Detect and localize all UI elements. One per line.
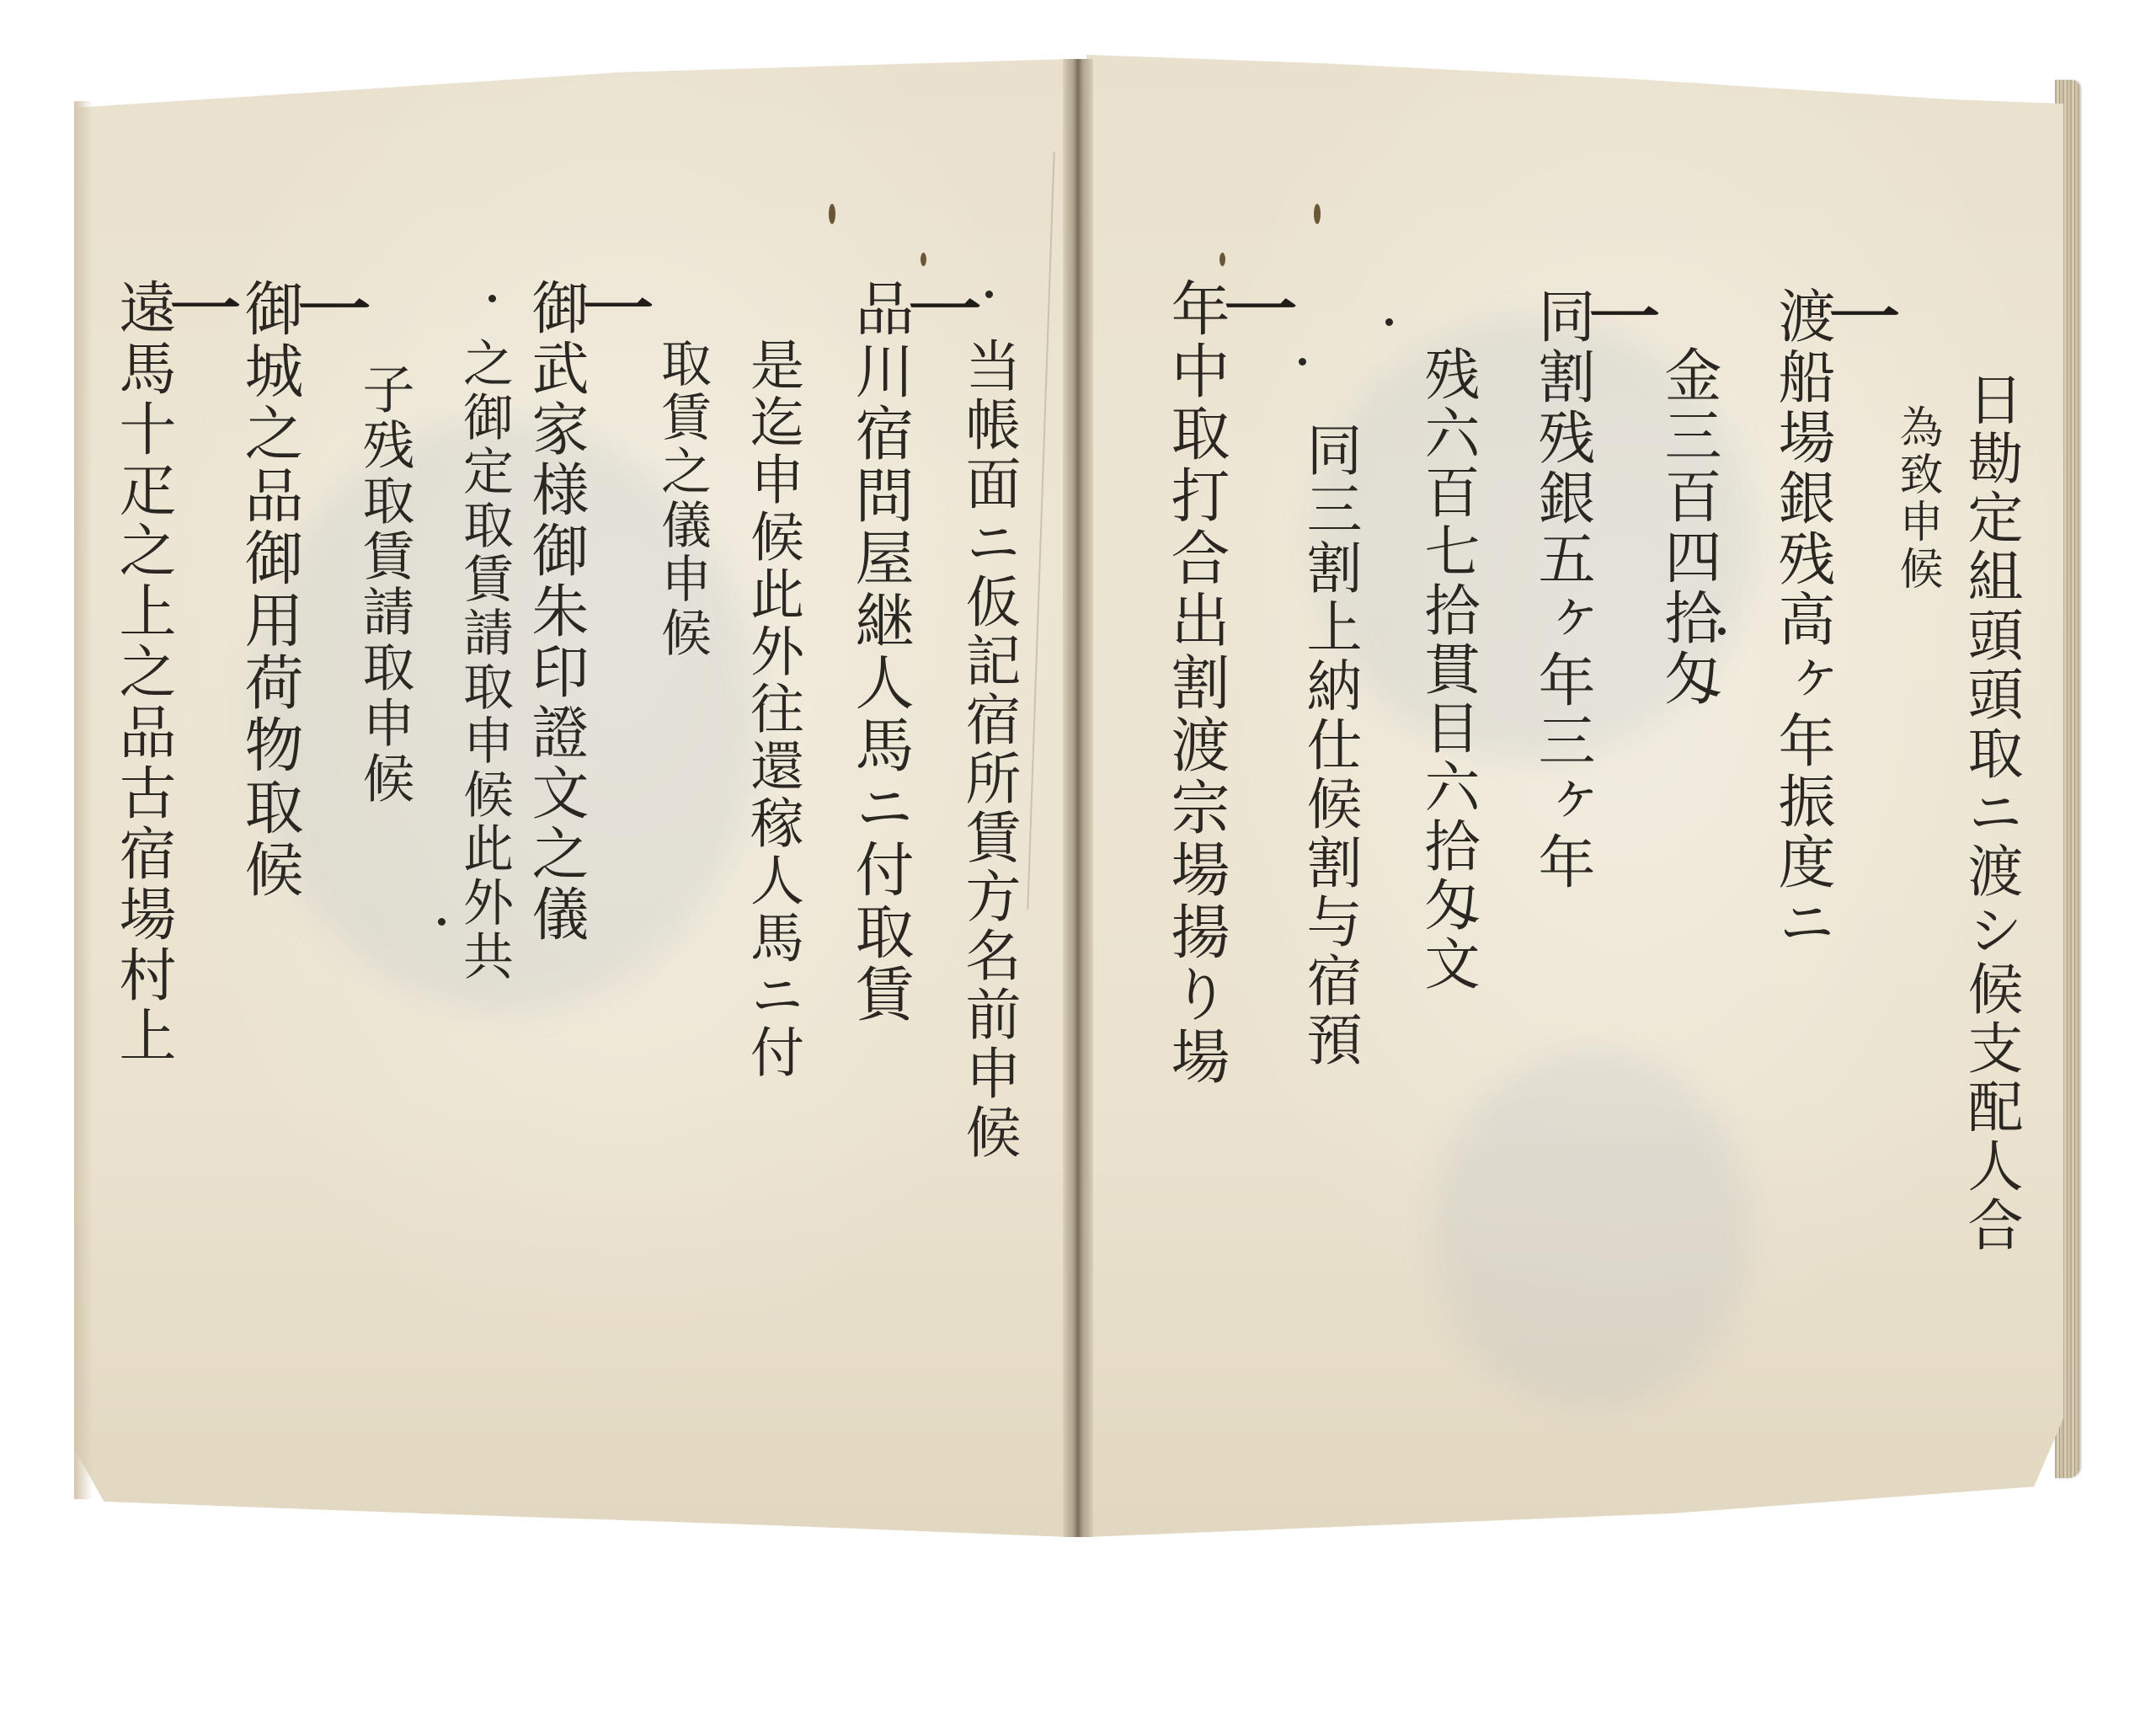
ink-dot	[438, 918, 446, 926]
column-text: 同三割上納仕候割与宿預	[1301, 421, 1357, 1070]
column-text: 子残取賃請取申候	[358, 362, 410, 807]
text-column: 一 御武家様御朱印證文之儀	[526, 278, 641, 945]
wormhole	[1314, 204, 1321, 224]
text-column: 一 渡船場銀残高ヶ年振度ニ	[1773, 286, 1887, 953]
column-text: 品川宿問屋継人馬ニ付取賃	[851, 278, 910, 1026]
ink-dot	[1385, 318, 1393, 326]
column-text: 残六百七拾貫目六拾匁文	[1419, 345, 1475, 994]
column-text: 年中取打合出割渡宗場揚り場	[1166, 278, 1225, 1088]
wormhole	[921, 253, 926, 266]
bleed-through-stain	[1432, 1053, 1752, 1406]
text-column: 是迄申候此外往還稼人馬ニ付	[745, 337, 799, 1081]
text-column: 一 年中取打合出割渡宗場揚り場	[1166, 278, 1284, 1088]
text-column: 子残取賃請取申候	[358, 362, 410, 807]
text-column: 日勘定組頭頭取ニ渡シ候支配人合	[1962, 371, 2018, 1255]
text-column: 一 遠馬十疋之上之品古宿場村上	[114, 278, 228, 1066]
text-column: 残六百七拾貫目六拾匁文	[1419, 345, 1475, 994]
text-column: 金三百四拾匁	[1659, 345, 1716, 709]
text-column: 一 同割残銀五ヶ年三ヶ年	[1533, 286, 1647, 893]
ink-dot	[985, 291, 993, 298]
ink-dot	[1299, 358, 1306, 366]
text-column: 一 品川宿問屋継人馬ニ付取賃	[851, 278, 969, 1026]
column-text: 取賃之儀申候	[657, 337, 707, 660]
wormhole	[829, 204, 835, 224]
column-text: 同割残銀五ヶ年三ヶ年	[1533, 286, 1590, 893]
item-marker: 一	[577, 278, 648, 945]
left-page-edge	[74, 101, 93, 1499]
item-marker: 一	[1823, 286, 1895, 953]
ink-dot	[488, 295, 496, 302]
text-column: 同三割上納仕候割与宿預	[1301, 421, 1357, 1070]
column-text: 之御定取賃請取申候此外共	[459, 337, 510, 984]
item-marker: 一	[902, 278, 976, 1026]
text-column: 為致申候	[1895, 404, 1939, 593]
text-column: 一 御城之品御用荷物取候	[240, 278, 358, 901]
text-column: 之御定取賃請取申候此外共	[459, 337, 510, 984]
item-marker: 一	[1583, 286, 1655, 893]
open-manuscript: 日勘定組頭頭取ニ渡シ候支配人合 為致申候 一 渡船場銀残高ヶ年振度ニ 金三百四拾…	[0, 0, 2156, 1724]
book-gutter	[1063, 59, 1093, 1537]
column-text: 遠馬十疋之上之品古宿場村上	[114, 278, 171, 1066]
column-text: 御武家様御朱印證文之儀	[526, 278, 584, 945]
column-text: 為致申候	[1895, 404, 1939, 593]
wormhole	[1219, 253, 1225, 266]
column-text: 日勘定組頭頭取ニ渡シ候支配人合	[1962, 371, 2018, 1255]
item-marker: 一	[291, 278, 366, 901]
column-text: 金三百四拾匁	[1659, 345, 1716, 709]
ink-dot	[1718, 627, 1726, 635]
column-text: 是迄申候此外往還稼人馬ニ付	[745, 337, 799, 1081]
text-column: 取賃之儀申候	[657, 337, 707, 660]
column-text: 御城之品御用荷物取候	[240, 278, 299, 901]
item-marker: 一	[164, 278, 236, 1066]
column-text: 渡船場銀残高ヶ年振度ニ	[1773, 286, 1830, 953]
item-marker: 一	[1218, 278, 1292, 1088]
